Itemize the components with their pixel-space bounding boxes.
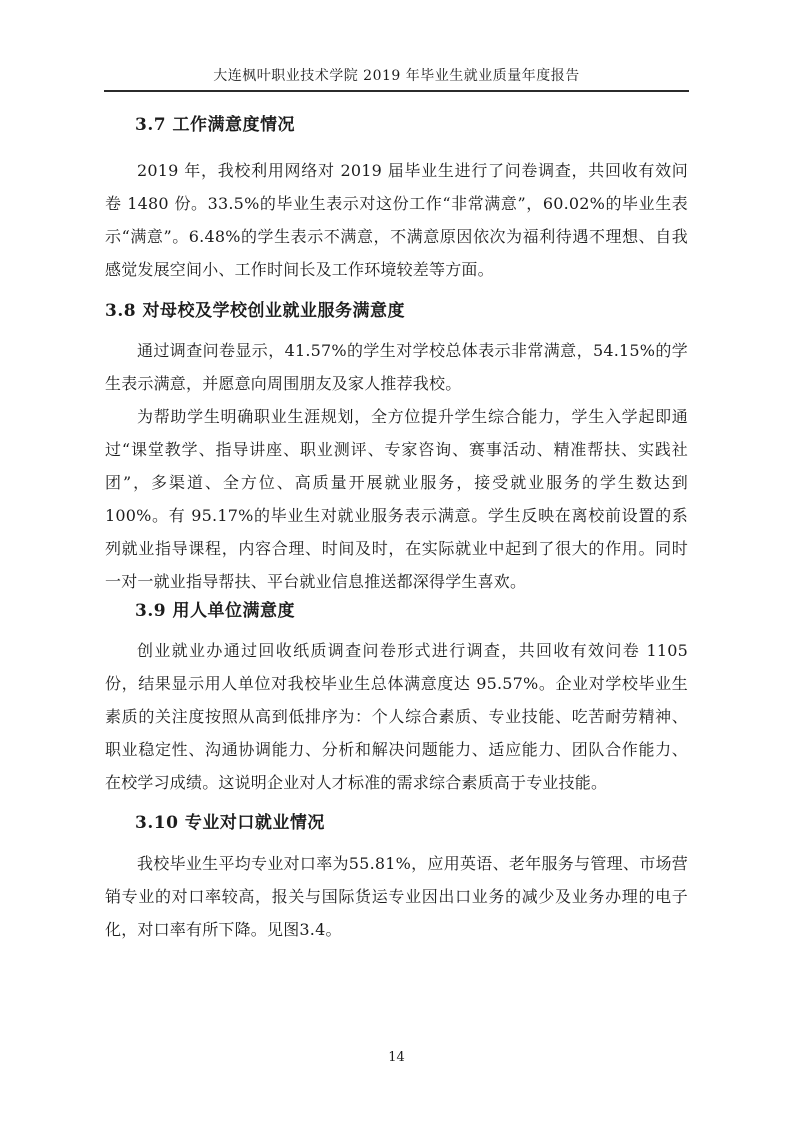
page-number: 14 xyxy=(388,1050,405,1065)
paragraph-3-9-1: 创业就业办通过回收纸质调查问卷形式进行调查，共回收有效问卷 1105 份，结果显… xyxy=(105,634,688,799)
paragraph-3-8-1: 通过调查问卷显示，41.57%的学生对学校总体表示非常满意，54.15%的学生表… xyxy=(105,334,688,400)
document-page: 大连枫叶职业技术学院 2019 年毕业生就业质量年度报告 3.7 工作满意度情况… xyxy=(0,0,793,1122)
paragraph-3-7-1: 2019 年，我校利用网络对 2019 届毕业生进行了问卷调查，共回收有效问卷 … xyxy=(105,154,688,286)
document-content: 3.7 工作满意度情况 2019 年，我校利用网络对 2019 届毕业生进行了问… xyxy=(105,104,688,946)
page-header: 大连枫叶职业技术学院 2019 年毕业生就业质量年度报告 xyxy=(104,68,689,92)
paragraph-3-10-1: 我校毕业生平均专业对口率为55.81%，应用英语、老年服务与管理、市场营销专业的… xyxy=(105,847,688,946)
page-footer: 14 xyxy=(0,1050,793,1065)
header-title: 大连枫叶职业技术学院 2019 年毕业生就业质量年度报告 xyxy=(213,68,580,84)
section-heading-3-8: 3.8 对母校及学校创业就业服务满意度 xyxy=(105,300,688,322)
section-heading-3-9: 3.9 用人单位满意度 xyxy=(135,600,688,622)
paragraph-3-8-2: 为帮助学生明确职业生涯规划，全方位提升学生综合能力，学生入学起即通过“课堂教学、… xyxy=(105,400,688,598)
section-heading-3-10: 3.10 专业对口就业情况 xyxy=(135,812,688,834)
section-heading-3-7: 3.7 工作满意度情况 xyxy=(135,114,688,136)
